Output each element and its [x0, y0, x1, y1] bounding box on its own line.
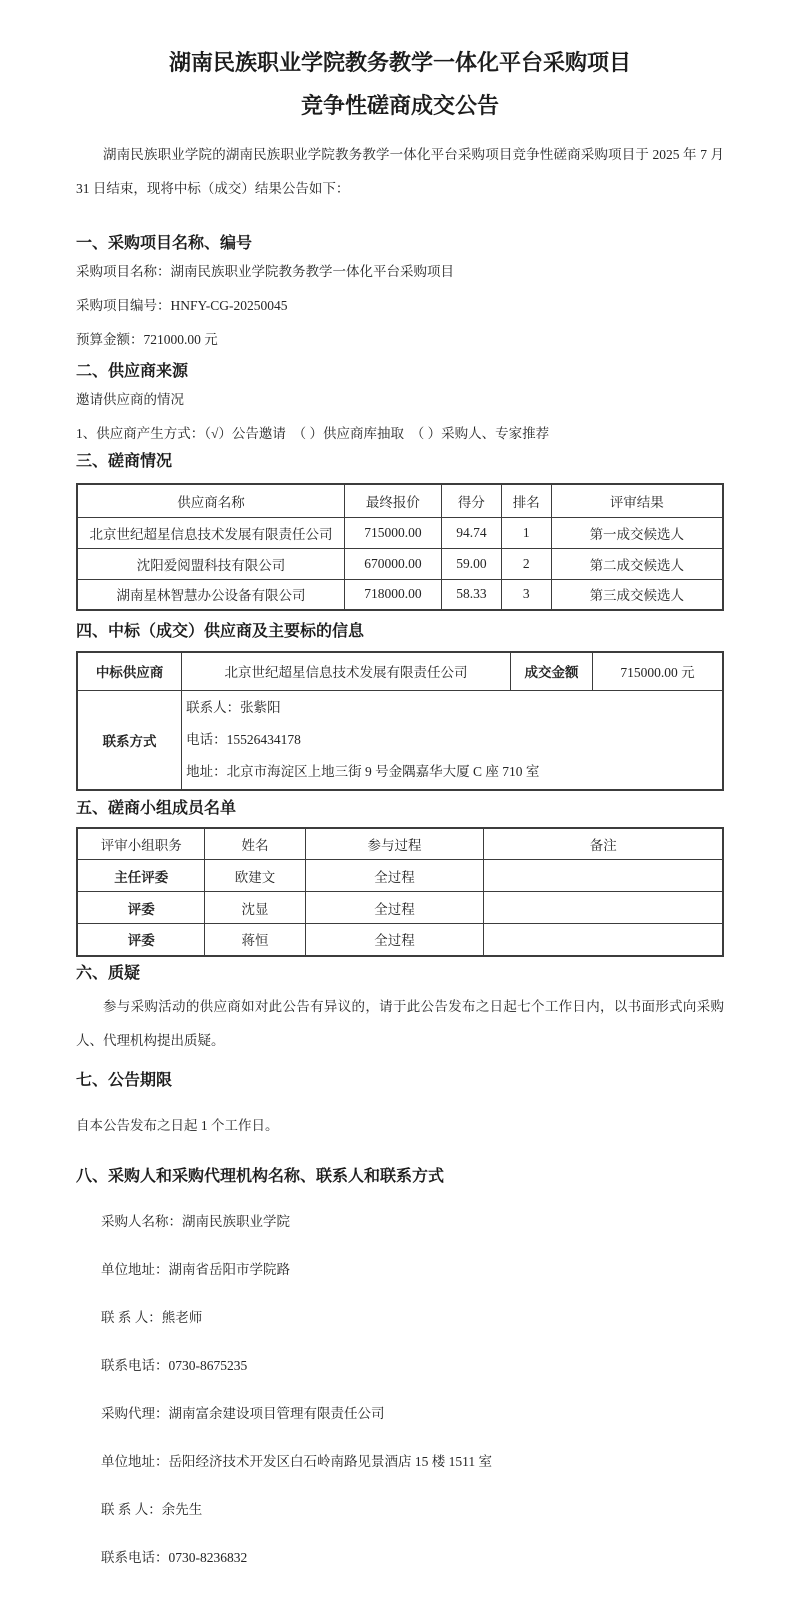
section-4-heading: 四、中标（成交）供应商及主要标的信息: [76, 621, 724, 643]
supplier-invite-note: 邀请供应商的情况: [76, 383, 724, 417]
panel-member-table: 评审小组职务 姓名 参与过程 备注 主任评委 欧建文 全过程 评委 沈显 全过程…: [76, 827, 724, 957]
project-code-line: 采购项目编号：HNFY-CG-20250045: [76, 289, 724, 323]
winner-label-cell: 中标供应商: [77, 652, 182, 690]
doc-subtitle: 竞争性磋商成交公告: [76, 91, 724, 121]
contact-person-line: 联系人：张紫阳: [186, 692, 718, 724]
remark-cell: [484, 892, 723, 924]
role-cell: 主任评委: [77, 860, 205, 892]
result-cell: 第一成交候选人: [551, 517, 723, 548]
name-cell: 蒋恒: [205, 924, 305, 956]
score-cell: 58.33: [441, 579, 501, 610]
section-8-heading: 八、采购人和采购代理机构名称、联系人和联系方式: [76, 1166, 724, 1188]
rank-cell: 3: [501, 579, 551, 610]
result-cell: 第三成交候选人: [551, 579, 723, 610]
intro-paragraph: 湖南民族职业学院的湖南民族职业学院教务教学一体化平台采购项目竞争性磋商采购项目于…: [76, 138, 724, 206]
section-6-heading: 六、质疑: [76, 963, 724, 985]
negotiation-result-table: 供应商名称 最终报价 得分 排名 评审结果 北京世纪超星信息技术发展有限责任公司…: [76, 483, 724, 611]
panel-row: 评委 蒋恒 全过程: [77, 924, 723, 956]
column-header-process: 参与过程: [305, 828, 484, 860]
result-cell: 第二成交候选人: [551, 548, 723, 579]
final-price-cell: 718000.00: [344, 579, 441, 610]
supplier-name-cell: 沈阳爱阅盟科技有限公司: [77, 548, 344, 579]
column-header-final-price: 最终报价: [344, 484, 441, 517]
remark-cell: [484, 860, 723, 892]
rank-cell: 2: [501, 548, 551, 579]
column-header-name: 姓名: [205, 828, 305, 860]
amount-label-cell: 成交金额: [510, 652, 592, 690]
contact-label-cell: 联系方式: [77, 690, 182, 790]
winner-info-table: 中标供应商 北京世纪超星信息技术发展有限责任公司 成交金额 715000.00 …: [76, 651, 724, 791]
column-header-supplier: 供应商名称: [77, 484, 344, 517]
supplier-method-line: 1、供应商产生方式：（√）公告邀请 （ ）供应商库抽取 （ ）采购人、专家推荐: [76, 417, 724, 451]
column-header-remark: 备注: [484, 828, 723, 860]
section-2-heading: 二、供应商来源: [76, 361, 724, 383]
contact-detail-cell: 联系人：张紫阳 电话：15526434178 地址：北京市海淀区上地三街 9 号…: [182, 690, 723, 790]
panel-row: 评委 沈显 全过程: [77, 892, 723, 924]
rank-cell: 1: [501, 517, 551, 548]
buyer-phone-line: 联系电话：0730-8675235: [101, 1349, 724, 1383]
budget-line: 预算金额：721000.00 元: [76, 323, 724, 357]
role-cell: 评委: [77, 924, 205, 956]
contact-phone-line: 电话：15526434178: [186, 724, 718, 756]
supplier-row: 湖南星林智慧办公设备有限公司 718000.00 58.33 3 第三成交候选人: [77, 579, 723, 610]
column-header-result: 评审结果: [551, 484, 723, 517]
buyer-name-line: 采购人名称：湖南民族职业学院: [101, 1205, 724, 1239]
supplier-row: 北京世纪超星信息技术发展有限责任公司 715000.00 94.74 1 第一成…: [77, 517, 723, 548]
amount-value-cell: 715000.00 元: [593, 652, 724, 690]
agency-contact-line: 联 系 人：余先生: [101, 1493, 724, 1527]
contact-address-line: 地址：北京市海淀区上地三街 9 号金隅嘉华大厦 C 座 710 室: [186, 756, 718, 788]
name-cell: 沈显: [205, 892, 305, 924]
final-price-cell: 715000.00: [344, 517, 441, 548]
supplier-name-cell: 湖南星林智慧办公设备有限公司: [77, 579, 344, 610]
project-name-line: 采购项目名称：湖南民族职业学院教务教学一体化平台采购项目: [76, 255, 724, 289]
name-cell: 欧建文: [205, 860, 305, 892]
column-header-score: 得分: [441, 484, 501, 517]
doc-title: 湖南民族职业学院教务教学一体化平台采购项目: [76, 48, 724, 78]
remark-cell: [484, 924, 723, 956]
table-header-row: 评审小组职务 姓名 参与过程 备注: [77, 828, 723, 860]
score-cell: 94.74: [441, 517, 501, 548]
score-cell: 59.00: [441, 548, 501, 579]
agency-phone-line: 联系电话：0730-8236832: [101, 1541, 724, 1575]
agency-address-line: 单位地址：岳阳经济技术开发区白石岭南路见景酒店 15 楼 1511 室: [101, 1445, 724, 1479]
buyer-contact-line: 联 系 人：熊老师: [101, 1301, 724, 1335]
section-5-heading: 五、磋商小组成员名单: [76, 798, 724, 820]
announcement-page: 湖南民族职业学院教务教学一体化平台采购项目 竞争性磋商成交公告 湖南民族职业学院…: [0, 0, 800, 1615]
process-cell: 全过程: [305, 860, 484, 892]
agency-name-line: 采购代理：湖南富余建设项目管理有限责任公司: [101, 1397, 724, 1431]
announcement-period-line: 自本公告发布之日起 1 个工作日。: [76, 1109, 724, 1143]
role-cell: 评委: [77, 892, 205, 924]
objection-paragraph: 参与采购活动的供应商如对此公告有异议的，请于此公告发布之日起七个工作日内，以书面…: [76, 990, 724, 1058]
contact-info-list: 采购人名称：湖南民族职业学院 单位地址：湖南省岳阳市学院路 联 系 人：熊老师 …: [76, 1205, 724, 1575]
buyer-address-line: 单位地址：湖南省岳阳市学院路: [101, 1253, 724, 1287]
section-3-heading: 三、磋商情况: [76, 451, 724, 473]
supplier-row: 沈阳爱阅盟科技有限公司 670000.00 59.00 2 第二成交候选人: [77, 548, 723, 579]
winner-name-cell: 北京世纪超星信息技术发展有限责任公司: [182, 652, 511, 690]
panel-row: 主任评委 欧建文 全过程: [77, 860, 723, 892]
section-7-heading: 七、公告期限: [76, 1070, 724, 1092]
process-cell: 全过程: [305, 892, 484, 924]
winner-row: 中标供应商 北京世纪超星信息技术发展有限责任公司 成交金额 715000.00 …: [77, 652, 723, 690]
table-header-row: 供应商名称 最终报价 得分 排名 评审结果: [77, 484, 723, 517]
section-1-heading: 一、采购项目名称、编号: [76, 233, 724, 255]
column-header-role: 评审小组职务: [77, 828, 205, 860]
supplier-name-cell: 北京世纪超星信息技术发展有限责任公司: [77, 517, 344, 548]
process-cell: 全过程: [305, 924, 484, 956]
final-price-cell: 670000.00: [344, 548, 441, 579]
column-header-rank: 排名: [501, 484, 551, 517]
contact-row: 联系方式 联系人：张紫阳 电话：15526434178 地址：北京市海淀区上地三…: [77, 690, 723, 790]
